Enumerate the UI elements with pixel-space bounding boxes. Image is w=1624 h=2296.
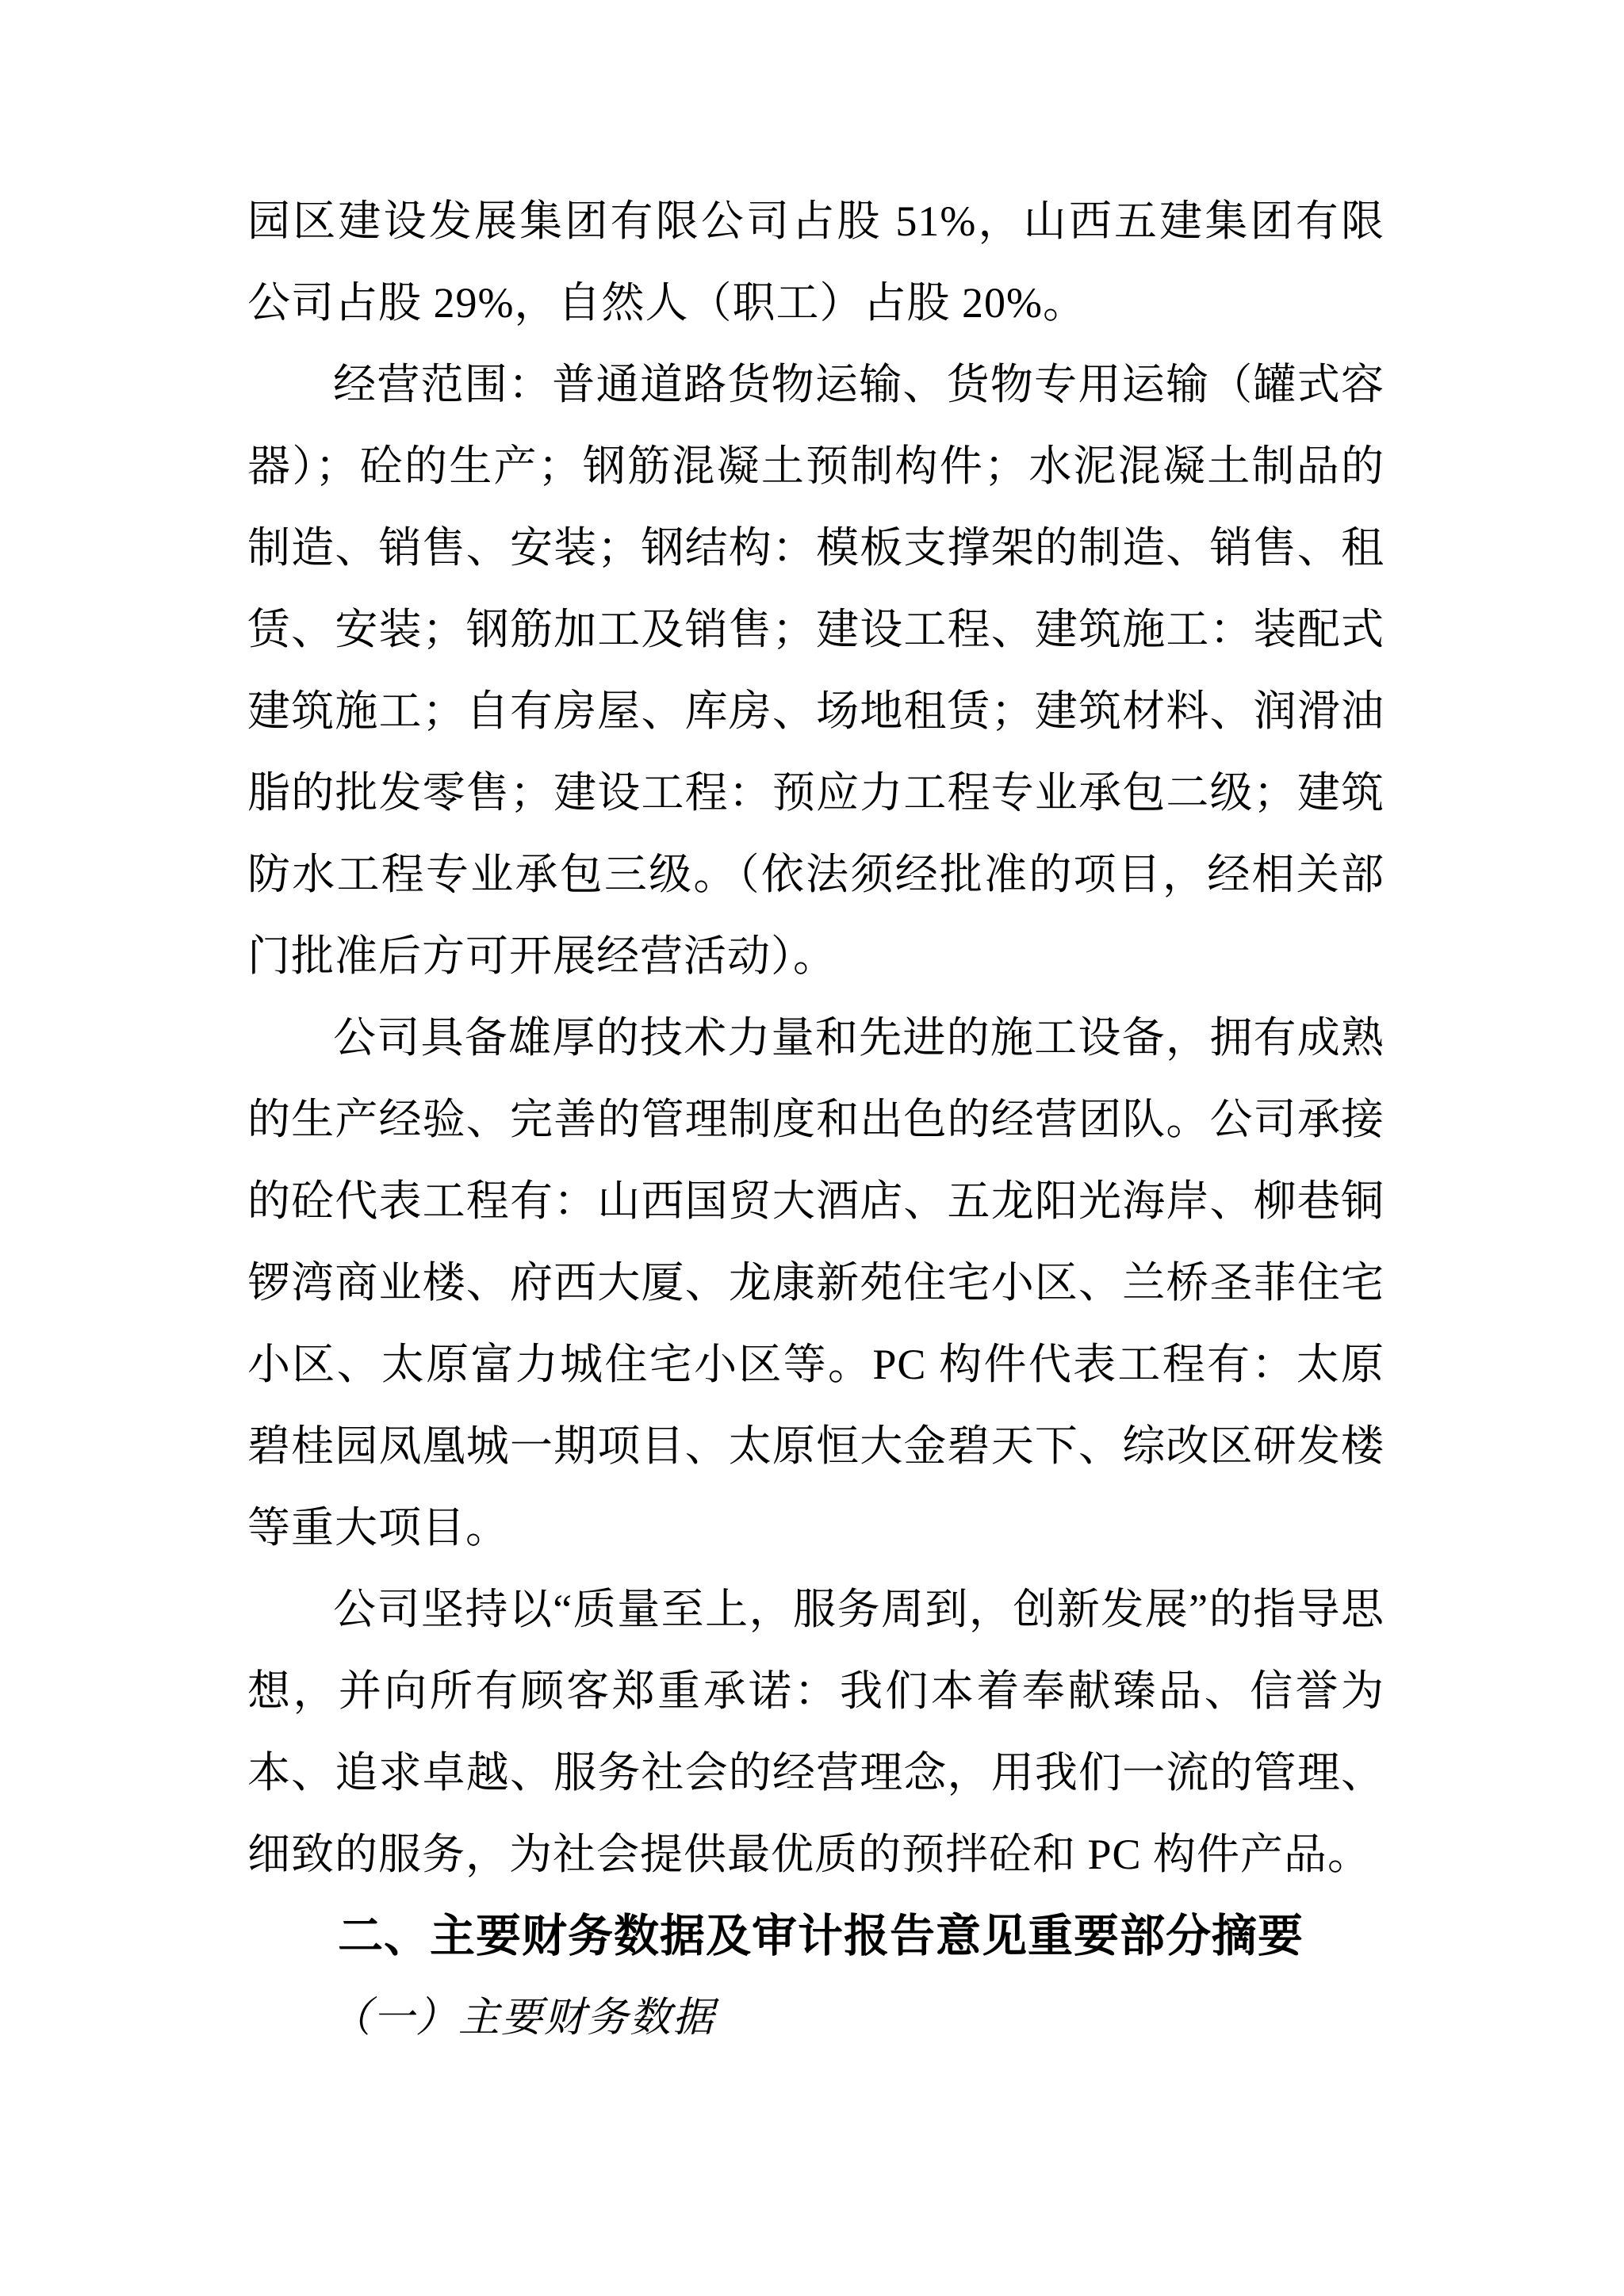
page-content: 园区建设发展集团有限公司占股 51%，山西五建集团有限公司占股 29%，自然人（…	[247, 181, 1385, 2059]
paragraph-company-commitment: 公司坚持以“质量至上，服务周到，创新发展”的指导思想，并向所有顾客郑重承诺：我们…	[247, 1569, 1385, 1896]
paragraph-company-strength-projects: 公司具备雄厚的技术力量和先进的施工设备，拥有成熟的生产经验、完善的管理制度和出色…	[247, 997, 1385, 1569]
subsection-heading-main-financial-data: （一）主要财务数据	[247, 1977, 1385, 2059]
paragraph-shareholding-continuation: 园区建设发展集团有限公司占股 51%，山西五建集团有限公司占股 29%，自然人（…	[247, 181, 1385, 344]
document-page: 园区建设发展集团有限公司占股 51%，山西五建集团有限公司占股 29%，自然人（…	[0, 0, 1624, 2296]
section-heading-financial-data-summary: 二、主要财务数据及审计报告意见重要部分摘要	[247, 1896, 1385, 1977]
paragraph-business-scope: 经营范围：普通道路货物运输、货物专用运输（罐式容器）；砼的生产；钢筋混凝土预制构…	[247, 344, 1385, 997]
